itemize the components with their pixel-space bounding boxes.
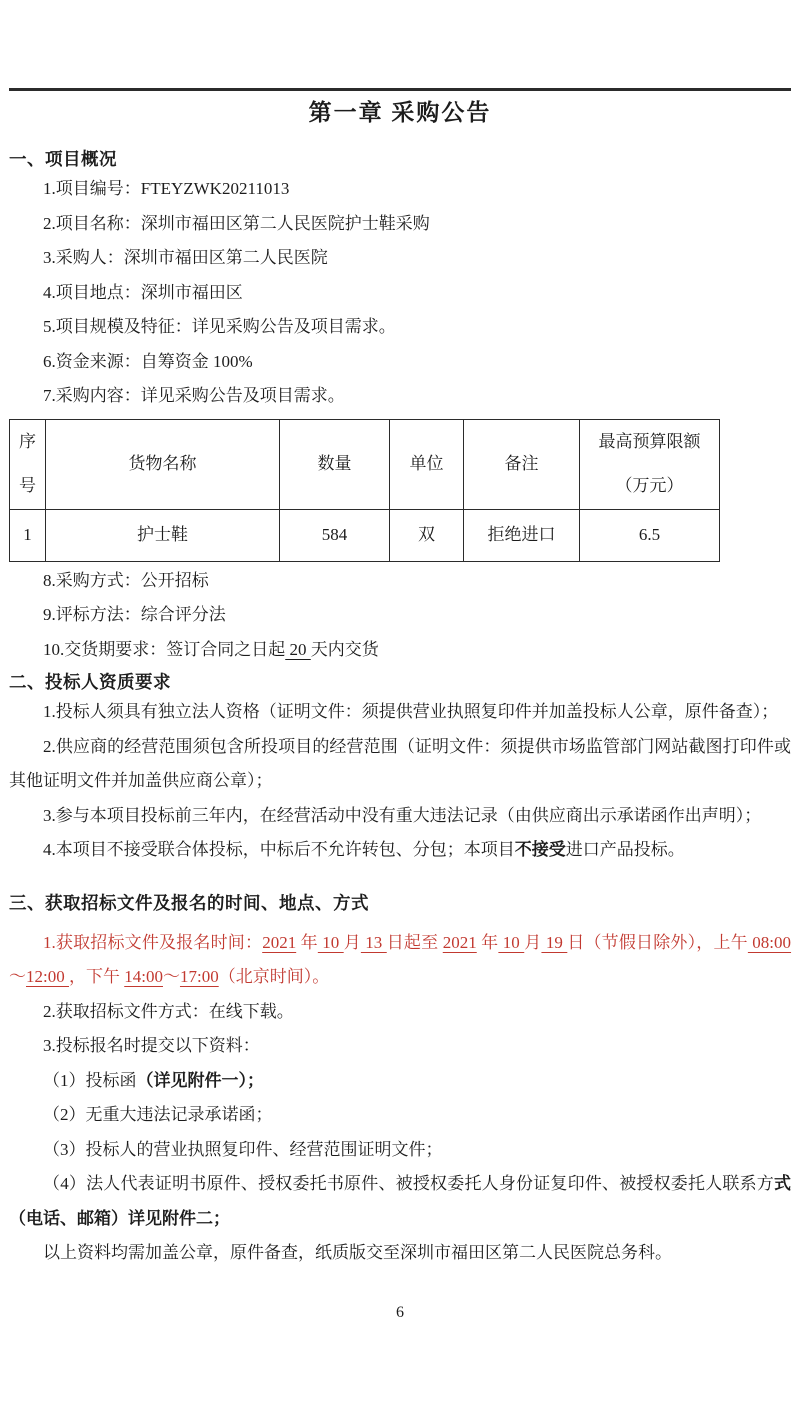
goods-table-row: 1 护士鞋 584 双 拒绝进口 6.5 xyxy=(10,509,720,561)
col-header-goods-name: 货物名称 xyxy=(46,419,280,509)
material-item-3: （3）投标人的营业执照复印件、经营范围证明文件； xyxy=(9,1133,791,1168)
page-number: 6 xyxy=(0,1304,800,1322)
col-header-unit: 单位 xyxy=(390,419,464,509)
col-header-budget-limit: 最高预算限额 （万元） xyxy=(580,419,720,509)
cell-goods-name: 护士鞋 xyxy=(46,509,280,561)
project-scale: 5.项目规模及特征：详见采购公告及项目需求。 xyxy=(9,310,791,345)
goods-table: 序号 货物名称 数量 单位 备注 最高预算限额 （万元） 1 护士鞋 584 双… xyxy=(9,419,720,562)
section-3-heading: 三、获取招标文件及报名的时间、地点、方式 xyxy=(9,890,791,916)
procurement-method: 8.采购方式：公开招标 xyxy=(9,564,791,599)
cell-remark: 拒绝进口 xyxy=(464,509,580,561)
project-number: 1.项目编号：FTEYZWK20211013 xyxy=(9,172,791,207)
qualification-item-2: 2.供应商的经营范围须包含所投项目的经营范围（证明文件：须提供市场监管部门网站截… xyxy=(9,730,791,799)
document-page: 第一章 采购公告 一、项目概况 1.项目编号：FTEYZWK20211013 2… xyxy=(0,88,800,1271)
registration-materials-intro: 3.投标报名时提交以下资料： xyxy=(9,1029,791,1064)
header-divider xyxy=(9,88,791,91)
procurement-content: 7.采购内容：详见采购公告及项目需求。 xyxy=(9,379,791,414)
material-item-2: （2）无重大违法记录承诺函； xyxy=(9,1098,791,1133)
col-header-index: 序号 xyxy=(10,419,46,509)
purchaser: 3.采购人：深圳市福田区第二人民医院 xyxy=(9,241,791,276)
section-2-heading: 二、投标人资质要求 xyxy=(9,669,791,695)
material-item-4: （4）法人代表证明书原件、授权委托书原件、被授权委托人身份证复印件、被授权委托人… xyxy=(9,1167,791,1236)
bid-document-time: 1.获取招标文件及报名时间：2021 年 10 月 13 日起至 2021 年 … xyxy=(9,926,791,995)
cell-unit: 双 xyxy=(390,509,464,561)
col-header-quantity: 数量 xyxy=(280,419,390,509)
delivery-requirement: 10.交货期要求：签订合同之日起 20 天内交货 xyxy=(9,633,791,668)
chapter-title: 第一章 采购公告 xyxy=(9,97,791,129)
evaluation-method: 9.评标方法：综合评分法 xyxy=(9,598,791,633)
qualification-item-1: 1.投标人须具有独立法人资格（证明文件：须提供营业执照复印件并加盖投标人公章，原… xyxy=(9,695,791,730)
qualification-item-4: 4.本项目不接受联合体投标，中标后不允许转包、分包；本项目不接受进口产品投标。 xyxy=(9,833,791,868)
cell-quantity: 584 xyxy=(280,509,390,561)
material-item-1: （1）投标函（详见附件一）； xyxy=(9,1064,791,1099)
cell-budget-limit: 6.5 xyxy=(580,509,720,561)
materials-closing-note: 以上资料均需加盖公章，原件备查，纸质版交至深圳市福田区第二人民医院总务科。 xyxy=(9,1236,791,1271)
cell-index: 1 xyxy=(10,509,46,561)
project-location: 4.项目地点：深圳市福田区 xyxy=(9,276,791,311)
section-1-heading: 一、项目概况 xyxy=(9,146,791,172)
bid-document-method: 2.获取招标文件方式：在线下载。 xyxy=(9,995,791,1030)
qualification-item-3: 3.参与本项目投标前三年内，在经营活动中没有重大违法记录（由供应商出示承诺函作出… xyxy=(9,799,791,834)
project-name: 2.项目名称：深圳市福田区第二人民医院护士鞋采购 xyxy=(9,207,791,242)
col-header-remark: 备注 xyxy=(464,419,580,509)
funding-source: 6.资金来源：自筹资金 100% xyxy=(9,345,791,380)
goods-table-header-row: 序号 货物名称 数量 单位 备注 最高预算限额 （万元） xyxy=(10,419,720,509)
